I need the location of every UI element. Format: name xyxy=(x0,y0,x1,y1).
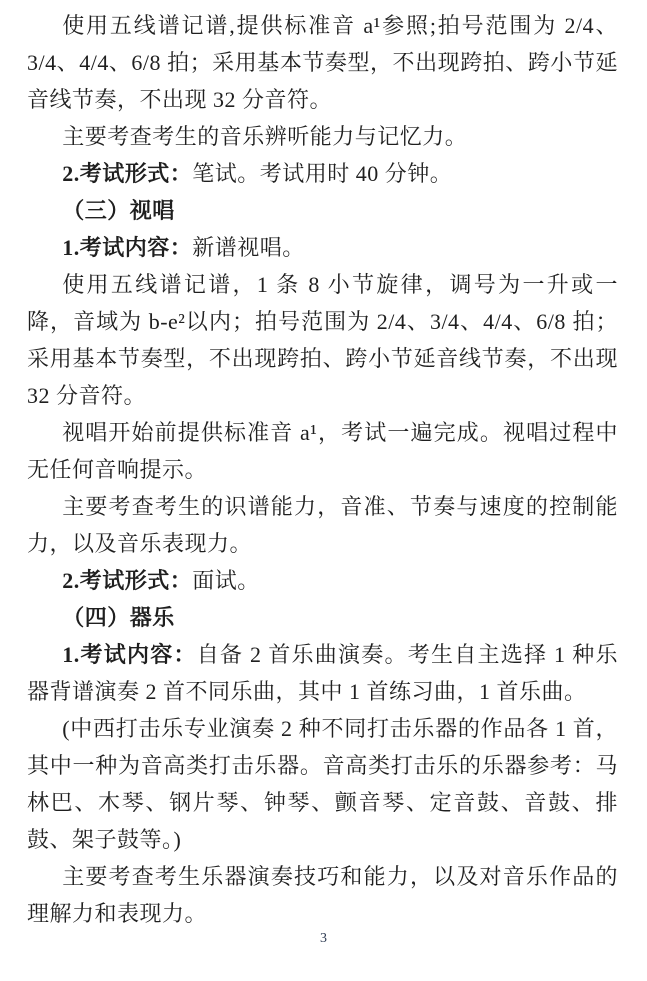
paragraph-assessment-focus-sight-singing: 主要考查考生的识谱能力，音准、节奏与速度的控制能力，以及音乐表现力。 xyxy=(27,488,618,562)
paragraph-text: 新谱视唱。 xyxy=(192,235,305,260)
paragraph-text: 主要考查考生的音乐辨听能力与记忆力。 xyxy=(62,124,467,149)
paragraph-text: (中西打击乐专业演奏 2 种不同打击乐器的作品各 1 首，其中一种为音高类打击乐… xyxy=(27,716,618,852)
paragraph-lead: 1.考试内容： xyxy=(62,235,192,260)
paragraph-exam-content-sight-singing: 1.考试内容：新谱视唱。 xyxy=(27,229,618,266)
paragraph-lead: 1.考试内容： xyxy=(62,642,197,667)
paragraph-sight-singing-rules: 使用五线谱记谱，1 条 8 小节旋律，调号为一升或一降，音域为 b-e²以内；拍… xyxy=(27,266,618,414)
paragraph-text: 主要考查考生的识谱能力，音准、节奏与速度的控制能力，以及音乐表现力。 xyxy=(27,494,618,556)
paragraph-staff-notation-rules: 使用五线谱记谱,提供标准音 a¹参照;拍号范围为 2/4、3/4、4/4、6/8… xyxy=(27,7,618,118)
paragraph-text: 笔试。考试用时 40 分钟。 xyxy=(192,161,452,186)
paragraph-exam-format-written: 2.考试形式：笔试。考试用时 40 分钟。 xyxy=(27,155,618,192)
paragraph-assessment-focus-instrumental: 主要考查考生乐器演奏技巧和能力，以及对音乐作品的理解力和表现力。 xyxy=(27,858,618,932)
paragraph-text: 视唱开始前提供标准音 a¹，考试一遍完成。视唱过程中无任何音响提示。 xyxy=(27,420,618,482)
section-heading-label: （三）视唱 xyxy=(62,198,175,223)
paragraph-exam-content-instrumental: 1.考试内容：自备 2 首乐曲演奏。考生自主选择 1 种乐器背谱演奏 2 首不同… xyxy=(27,636,618,710)
document-body: 使用五线谱记谱,提供标准音 a¹参照;拍号范围为 2/4、3/4、4/4、6/8… xyxy=(27,7,618,932)
paragraph-text: 主要考查考生乐器演奏技巧和能力，以及对音乐作品的理解力和表现力。 xyxy=(27,864,618,926)
paragraph-lead: 2.考试形式： xyxy=(62,161,192,186)
paragraph-text: 使用五线谱记谱，1 条 8 小节旋律，调号为一升或一降，音域为 b-e²以内；拍… xyxy=(27,272,618,408)
document-page: 使用五线谱记谱,提供标准音 a¹参照;拍号范围为 2/4、3/4、4/4、6/8… xyxy=(0,0,647,981)
page-number: 3 xyxy=(320,931,327,946)
section-heading-sight-singing: （三）视唱 xyxy=(27,192,618,229)
paragraph-standard-pitch-note: 视唱开始前提供标准音 a¹，考试一遍完成。视唱过程中无任何音响提示。 xyxy=(27,414,618,488)
section-heading-instrumental: （四）器乐 xyxy=(27,599,618,636)
paragraph-exam-format-interview: 2.考试形式：面试。 xyxy=(27,562,618,599)
page-footer: 3 xyxy=(0,929,647,947)
paragraph-text: 面试。 xyxy=(192,568,260,593)
paragraph-text: 使用五线谱记谱,提供标准音 a¹参照;拍号范围为 2/4、3/4、4/4、6/8… xyxy=(27,13,618,112)
paragraph-percussion-note: (中西打击乐专业演奏 2 种不同打击乐器的作品各 1 首，其中一种为音高类打击乐… xyxy=(27,710,618,858)
section-heading-label: （四）器乐 xyxy=(62,605,175,630)
paragraph-lead: 2.考试形式： xyxy=(62,568,192,593)
paragraph-assessment-focus-listening: 主要考查考生的音乐辨听能力与记忆力。 xyxy=(27,118,618,155)
